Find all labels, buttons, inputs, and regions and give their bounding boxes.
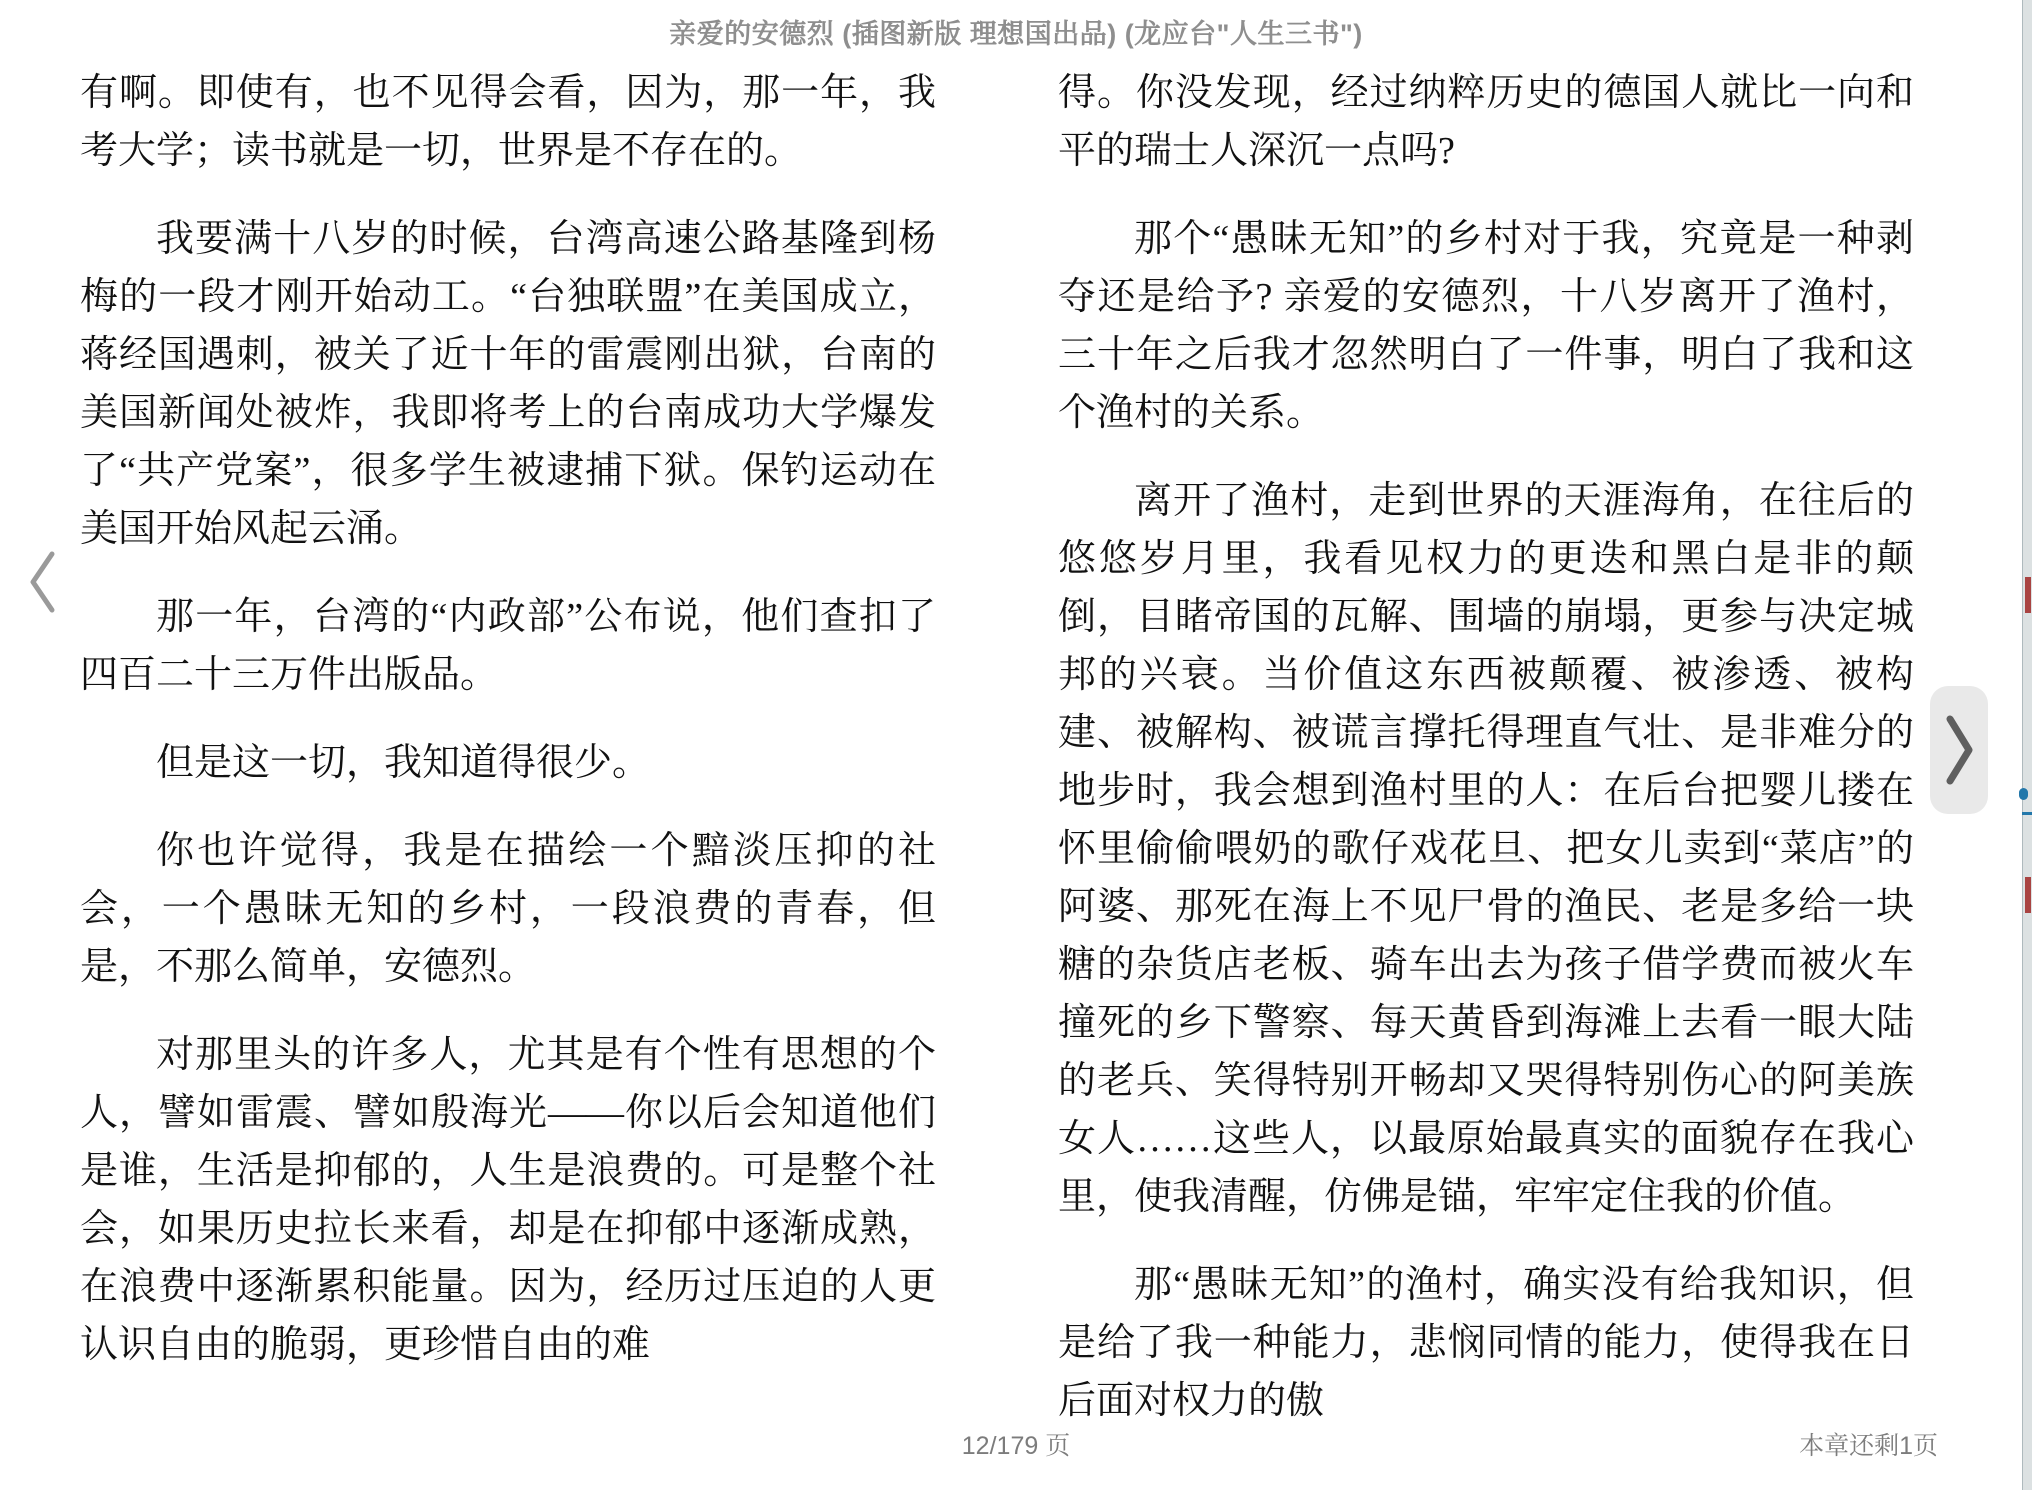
chapter-remaining-label: 本章还剩1页 <box>1799 1426 1938 1462</box>
text-column-right: 得。你没发现，经过纳粹历史的德国人就比一向和平的瑞士人深沉一点吗? 那个“愚昧无… <box>1058 64 1914 1460</box>
scrollbar-marker-red-bottom <box>2025 877 2031 913</box>
chevron-left-icon <box>27 548 57 616</box>
paragraph: 那个“愚昧无知”的乡村对于我，究竟是一种剥夺还是给予? 亲爱的安德烈，十八岁离开… <box>1058 210 1914 442</box>
scrollbar-marker-red-top <box>2025 577 2031 613</box>
paragraph: 我要满十八岁的时候，台湾高速公路基隆到杨梅的一段才刚开始动工。“台独联盟”在美国… <box>80 210 936 558</box>
paragraph: 那一年，台湾的“内政部”公布说，他们查扣了四百二十三万件出版品。 <box>80 588 936 704</box>
paragraph: 但是这一切，我知道得很少。 <box>80 734 936 792</box>
prev-page-button[interactable] <box>18 544 66 620</box>
next-page-button[interactable] <box>1930 686 1988 814</box>
scrollbar[interactable] <box>2022 0 2032 1490</box>
chevron-right-icon <box>1943 712 1975 788</box>
reader-title: 亲爱的安德烈 (插图新版 理想国出品) (龙应台"人生三书") <box>0 12 2032 51</box>
edge-blue-line <box>2022 812 2032 815</box>
paragraph: 得。你没发现，经过纳粹历史的德国人就比一向和平的瑞士人深沉一点吗? <box>1058 64 1914 180</box>
page-indicator: 12/179 页 <box>0 1426 2032 1462</box>
paragraph: 有啊。即使有，也不见得会看，因为，那一年，我考大学；读书就是一切，世界是不存在的… <box>80 64 936 180</box>
text-column-left: 有啊。即使有，也不见得会看，因为，那一年，我考大学；读书就是一切，世界是不存在的… <box>80 64 936 1404</box>
paragraph: 对那里头的许多人，尤其是有个性有思想的个人，譬如雷震、譬如殷海光——你以后会知道… <box>80 1026 936 1374</box>
paragraph: 那“愚昧无知”的渔村，确实没有给我知识，但是给了我一种能力，悲悯同情的能力，使得… <box>1058 1256 1914 1430</box>
paragraph: 离开了渔村，走到世界的天涯海角，在往后的悠悠岁月里，我看见权力的更迭和黑白是非的… <box>1058 472 1914 1226</box>
paragraph: 你也许觉得，我是在描绘一个黯淡压抑的社会，一个愚昧无知的乡村，一段浪费的青春，但… <box>80 822 936 996</box>
edge-blue-dot <box>2019 788 2028 800</box>
